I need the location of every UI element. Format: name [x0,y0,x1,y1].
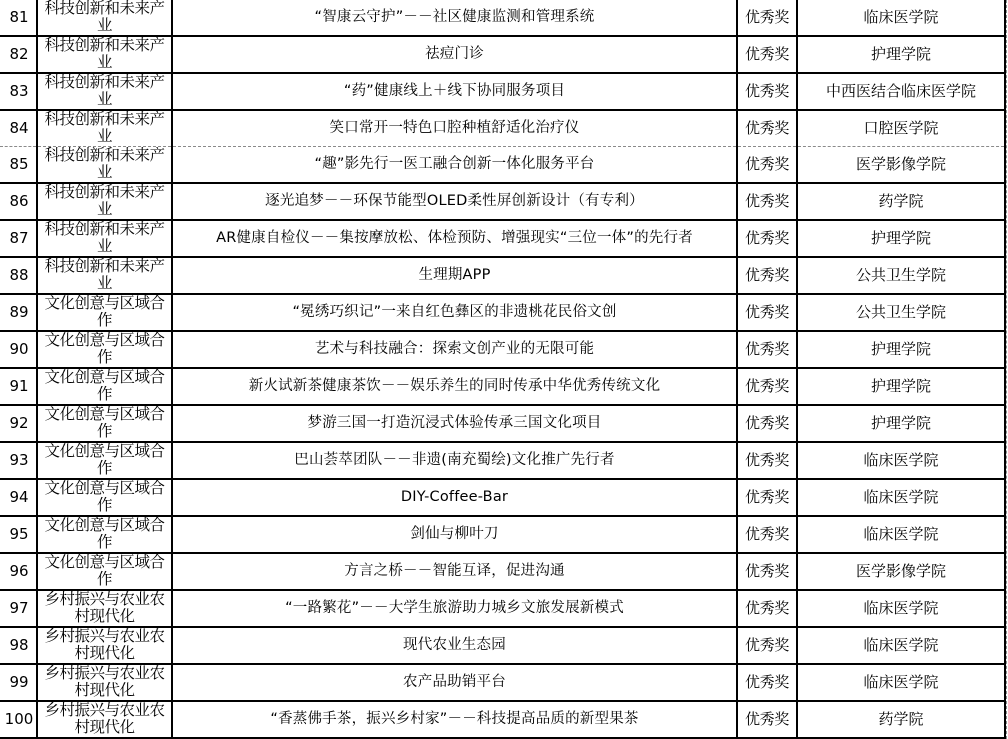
cell-category[interactable]: 科技创新和未来产业 [37,73,172,110]
cell-award[interactable]: 优秀奖 [737,294,797,331]
cell-school[interactable]: 护理学院 [797,405,1005,442]
table-row: 95文化创意与区域合作剑仙与柳叶刀优秀奖临床医学院 [0,516,1005,553]
cell-category-text: 文化创意与区域合作 [40,554,169,589]
cell-school[interactable]: 临床医学院 [797,664,1005,701]
cell-number[interactable]: 81 [0,0,37,36]
cell-category-text: 文化创意与区域合作 [40,295,169,330]
cell-number[interactable]: 92 [0,405,37,442]
cell-award[interactable]: 优秀奖 [737,516,797,553]
cell-number[interactable]: 93 [0,442,37,479]
cell-category-text: 科技创新和未来产业 [40,111,169,146]
cell-school[interactable]: 中西医结合临床医学院 [797,73,1005,110]
cell-project-name[interactable]: “一路繁花”－－大学生旅游助力城乡文旅发展新模式 [172,590,737,627]
cell-category-text: 科技创新和未来产业 [40,37,169,72]
cell-project-name[interactable]: 方言之桥－－智能互译，促进沟通 [172,553,737,590]
cell-award[interactable]: 优秀奖 [737,405,797,442]
cell-category-text: 科技创新和未来产业 [40,184,169,219]
cell-category[interactable]: 文化创意与区域合作 [37,553,172,590]
cell-category-text: 文化创意与区域合作 [40,443,169,478]
cell-project-name[interactable]: 艺术与科技融合：探索文创产业的无限可能 [172,331,737,368]
cell-category-text: 文化创意与区域合作 [40,332,169,367]
cell-category[interactable]: 文化创意与区域合作 [37,294,172,331]
cell-award[interactable]: 优秀奖 [737,553,797,590]
cell-number[interactable]: 89 [0,294,37,331]
cell-number[interactable]: 95 [0,516,37,553]
spreadsheet-sheet: 81科技创新和未来产业“智康云守护”－－社区健康监测和管理系统优秀奖临床医学院8… [0,0,1006,739]
cell-school[interactable]: 临床医学院 [797,516,1005,553]
cell-category-text: 文化创意与区域合作 [40,406,169,441]
cell-number[interactable]: 82 [0,36,37,73]
cell-school[interactable]: 医学影像学院 [797,553,1005,590]
cell-project-name[interactable]: “智康云守护”－－社区健康监测和管理系统 [172,0,737,36]
cell-award[interactable]: 优秀奖 [737,73,797,110]
cell-number[interactable]: 94 [0,479,37,516]
cell-category[interactable]: 科技创新和未来产业 [37,220,172,257]
cell-award[interactable]: 优秀奖 [737,0,797,36]
cell-school[interactable]: 公共卫生学院 [797,257,1005,294]
cell-school[interactable]: 护理学院 [797,331,1005,368]
cell-award[interactable]: 优秀奖 [737,147,797,184]
table-row: 91文化创意与区域合作新火试新茶健康茶饮－－娱乐养生的同时传承中华优秀传统文化优… [0,368,1005,405]
awards-table-body: 81科技创新和未来产业“智康云守护”－－社区健康监测和管理系统优秀奖临床医学院8… [0,0,1005,738]
cell-category[interactable]: 科技创新和未来产业 [37,147,172,184]
cell-award[interactable]: 优秀奖 [737,257,797,294]
cell-project-name[interactable]: AR健康自检仪－－集按摩放松、体检预防、增强现实“三位一体”的先行者 [172,220,737,257]
cell-number[interactable]: 83 [0,73,37,110]
cell-award[interactable]: 优秀奖 [737,183,797,220]
table-row: 85科技创新和未来产业“趣”影先行一医工融合创新一体化服务平台优秀奖医学影像学院 [0,147,1005,184]
table-row: 87科技创新和未来产业AR健康自检仪－－集按摩放松、体检预防、增强现实“三位一体… [0,220,1005,257]
cell-category[interactable]: 科技创新和未来产业 [37,110,172,147]
cell-project-name[interactable]: “趣”影先行一医工融合创新一体化服务平台 [172,147,737,184]
cell-school[interactable]: 临床医学院 [797,627,1005,664]
cell-school[interactable]: 护理学院 [797,368,1005,405]
cell-project-name[interactable]: “药”健康线上＋线下协同服务项目 [172,73,737,110]
cell-school[interactable]: 药学院 [797,701,1005,738]
cell-category[interactable]: 乡村振兴与农业农村现代化 [37,664,172,701]
table-row: 93文化创意与区域合作巴山荟萃团队－－非遗(南充蜀绘)文化推广先行者优秀奖临床医… [0,442,1005,479]
cell-category[interactable]: 科技创新和未来产业 [37,36,172,73]
table-row: 86科技创新和未来产业逐光追梦－－环保节能型OLED柔性屏创新设计（有专利）优秀… [0,183,1005,220]
cell-school[interactable]: 药学院 [797,183,1005,220]
cell-category-text: 科技创新和未来产业 [40,74,169,109]
cell-number[interactable]: 98 [0,627,37,664]
table-row: 98乡村振兴与农业农村现代化现代农业生态园优秀奖临床医学院 [0,627,1005,664]
table-row: 97乡村振兴与农业农村现代化“一路繁花”－－大学生旅游助力城乡文旅发展新模式优秀… [0,590,1005,627]
cell-number[interactable]: 90 [0,331,37,368]
cell-school[interactable]: 口腔医学院 [797,110,1005,147]
table-row: 88科技创新和未来产业生理期APP优秀奖公共卫生学院 [0,257,1005,294]
cell-category[interactable]: 文化创意与区域合作 [37,516,172,553]
cell-project-name[interactable]: 现代农业生态园 [172,627,737,664]
cell-school[interactable]: 公共卫生学院 [797,294,1005,331]
cell-category[interactable]: 文化创意与区域合作 [37,405,172,442]
cell-award[interactable]: 优秀奖 [737,36,797,73]
cell-number[interactable]: 86 [0,183,37,220]
cell-category-text: 科技创新和未来产业 [40,147,169,182]
cell-number[interactable]: 85 [0,147,37,184]
cell-category-text: 文化创意与区域合作 [40,517,169,552]
cell-school[interactable]: 医学影像学院 [797,147,1005,184]
cell-project-name[interactable]: 巴山荟萃团队－－非遗(南充蜀绘)文化推广先行者 [172,442,737,479]
cell-category-text: 文化创意与区域合作 [40,480,169,515]
cell-award[interactable]: 优秀奖 [737,701,797,738]
cell-category-text: 乡村振兴与农业农村现代化 [40,591,169,626]
cell-category-text: 乡村振兴与农业农村现代化 [40,702,169,737]
cell-number[interactable]: 87 [0,220,37,257]
cell-project-name[interactable]: 梦游三国一打造沉浸式体验传承三国文化项目 [172,405,737,442]
cell-project-name[interactable]: 笑口常开一特色口腔种植舒适化治疗仪 [172,110,737,147]
table-row: 92文化创意与区域合作梦游三国一打造沉浸式体验传承三国文化项目优秀奖护理学院 [0,405,1005,442]
table-row: 90文化创意与区域合作艺术与科技融合：探索文创产业的无限可能优秀奖护理学院 [0,331,1005,368]
table-row: 100乡村振兴与农业农村现代化“香蒸佛手茶，振兴乡村家”－－科技提高品质的新型果… [0,701,1005,738]
cell-award[interactable]: 优秀奖 [737,220,797,257]
awards-table: 81科技创新和未来产业“智康云守护”－－社区健康监测和管理系统优秀奖临床医学院8… [0,0,1006,739]
cell-category-text: 乡村振兴与农业农村现代化 [40,628,169,663]
cell-award[interactable]: 优秀奖 [737,368,797,405]
cell-school[interactable]: 临床医学院 [797,442,1005,479]
cell-category[interactable]: 文化创意与区域合作 [37,331,172,368]
cell-project-name[interactable]: “香蒸佛手茶，振兴乡村家”－－科技提高品质的新型果茶 [172,701,737,738]
cell-award[interactable]: 优秀奖 [737,590,797,627]
cell-project-name[interactable]: 生理期APP [172,257,737,294]
cell-category[interactable]: 乡村振兴与农业农村现代化 [37,590,172,627]
cell-number[interactable]: 88 [0,257,37,294]
cell-category[interactable]: 乡村振兴与农业农村现代化 [37,701,172,738]
cell-school[interactable]: 护理学院 [797,36,1005,73]
table-row: 82科技创新和未来产业祛痘门诊优秀奖护理学院 [0,36,1005,73]
cell-number[interactable]: 99 [0,664,37,701]
cell-project-name[interactable]: DIY-Coffee-Bar [172,479,737,516]
cell-number[interactable]: 91 [0,368,37,405]
cell-award[interactable]: 优秀奖 [737,442,797,479]
cell-award[interactable]: 优秀奖 [737,627,797,664]
cell-category-text: 乡村振兴与农业农村现代化 [40,665,169,700]
cell-project-name[interactable]: “冕绣巧织记”一来自红色彝区的非遗桃花民俗文创 [172,294,737,331]
cell-project-name[interactable]: 农产品助销平台 [172,664,737,701]
cell-category[interactable]: 文化创意与区域合作 [37,442,172,479]
cell-category[interactable]: 科技创新和未来产业 [37,257,172,294]
cell-award[interactable]: 优秀奖 [737,331,797,368]
cell-number[interactable]: 97 [0,590,37,627]
cell-project-name[interactable]: 新火试新茶健康茶饮－－娱乐养生的同时传承中华优秀传统文化 [172,368,737,405]
cell-category[interactable]: 科技创新和未来产业 [37,0,172,36]
table-row: 83科技创新和未来产业“药”健康线上＋线下协同服务项目优秀奖中西医结合临床医学院 [0,73,1005,110]
cell-project-name[interactable]: 祛痘门诊 [172,36,737,73]
cell-project-name[interactable]: 剑仙与柳叶刀 [172,516,737,553]
table-row: 96文化创意与区域合作方言之桥－－智能互译，促进沟通优秀奖医学影像学院 [0,553,1005,590]
cell-school[interactable]: 临床医学院 [797,590,1005,627]
cell-category-text: 文化创意与区域合作 [40,369,169,404]
cell-school[interactable]: 护理学院 [797,220,1005,257]
cell-category[interactable]: 文化创意与区域合作 [37,479,172,516]
cell-category[interactable]: 文化创意与区域合作 [37,368,172,405]
cell-project-name[interactable]: 逐光追梦－－环保节能型OLED柔性屏创新设计（有专利） [172,183,737,220]
cell-category[interactable]: 科技创新和未来产业 [37,183,172,220]
cell-award[interactable]: 优秀奖 [737,664,797,701]
cell-school[interactable]: 临床医学院 [797,0,1005,36]
cell-category-text: 科技创新和未来产业 [40,258,169,293]
table-row: 81科技创新和未来产业“智康云守护”－－社区健康监测和管理系统优秀奖临床医学院 [0,0,1005,36]
table-row: 89文化创意与区域合作“冕绣巧织记”一来自红色彝区的非遗桃花民俗文创优秀奖公共卫… [0,294,1005,331]
cell-number[interactable]: 84 [0,110,37,147]
table-row: 99乡村振兴与农业农村现代化农产品助销平台优秀奖临床医学院 [0,664,1005,701]
cell-award[interactable]: 优秀奖 [737,110,797,147]
cell-category-text: 科技创新和未来产业 [40,0,169,35]
cell-number[interactable]: 100 [0,701,37,738]
page-break-line-vertical [1006,0,1007,739]
table-row: 84科技创新和未来产业笑口常开一特色口腔种植舒适化治疗仪优秀奖口腔医学院 [0,110,1005,147]
cell-category[interactable]: 乡村振兴与农业农村现代化 [37,627,172,664]
cell-number[interactable]: 96 [0,553,37,590]
cell-award[interactable]: 优秀奖 [737,479,797,516]
cell-category-text: 科技创新和未来产业 [40,221,169,256]
cell-school[interactable]: 临床医学院 [797,479,1005,516]
table-row: 94文化创意与区域合作DIY-Coffee-Bar优秀奖临床医学院 [0,479,1005,516]
